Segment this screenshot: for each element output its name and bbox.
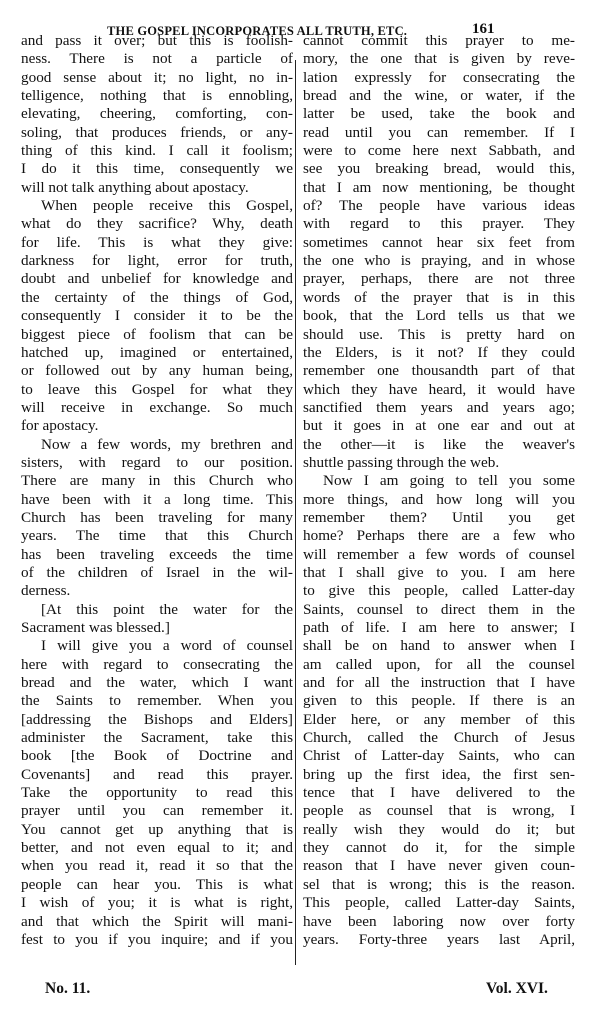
signature-mark-left: No. 11. bbox=[45, 980, 90, 998]
text-line: to give this people, called Latter-day bbox=[303, 582, 575, 600]
text-line: am called upon, for all the counsel bbox=[303, 656, 575, 674]
text-line: and that which the Spirit will mani- bbox=[21, 913, 293, 931]
text-line: Take the opportunity to read this bbox=[21, 784, 293, 802]
text-line: elevating, cheering, comforting, con- bbox=[21, 105, 293, 123]
text-line: really wish they would do it; but bbox=[303, 821, 575, 839]
text-line: I do it this time, consequently we bbox=[21, 160, 293, 178]
text-line: good sense about it; no light, no in- bbox=[21, 69, 293, 87]
text-line: reason that I have never given coun- bbox=[303, 857, 575, 875]
text-line: read until you can remember. If I bbox=[303, 124, 575, 142]
right-text-column: cannot commit this prayer to me-mory, th… bbox=[303, 32, 575, 949]
text-line: soling, that produces friends, or any- bbox=[21, 124, 293, 142]
text-line: or followed out by any human being, bbox=[21, 362, 293, 380]
text-line: have been laboring now over forty bbox=[303, 913, 575, 931]
text-line: sisters, with regard to our position. bbox=[21, 454, 293, 472]
text-line: prayer until you can remember it. bbox=[21, 802, 293, 820]
text-line: for life. This is what they give: bbox=[21, 234, 293, 252]
text-line: what do they sacrifice? Why, death bbox=[21, 215, 293, 233]
text-line: more things, and how long will you bbox=[303, 491, 575, 509]
text-line: Christ of Latter-day Saints, who can bbox=[303, 747, 575, 765]
text-line: fest to you if you inquire; and if you bbox=[21, 931, 293, 949]
text-line: sometimes cannot hear six feet from bbox=[303, 234, 575, 252]
text-line: that I shall give to you. I am here bbox=[303, 564, 575, 582]
text-line: better, and not even equal to it; and bbox=[21, 839, 293, 857]
text-line: [addressing the Bishops and Elders] bbox=[21, 711, 293, 729]
text-line: home? Perhaps there are a few who bbox=[303, 527, 575, 545]
text-line: Covenants] and read this prayer. bbox=[21, 766, 293, 784]
text-line: lation expressly for consecrating the bbox=[303, 69, 575, 87]
text-line: Saints, counsel to direct them in the bbox=[303, 601, 575, 619]
text-line: but it goes in at one ear and out at bbox=[303, 417, 575, 435]
text-line: will remember a few words of counsel bbox=[303, 546, 575, 564]
text-line: There are many in this Church who bbox=[21, 472, 293, 490]
text-line: and for all the instruction that I have bbox=[303, 674, 575, 692]
text-line: Church, called the Church of Jesus bbox=[303, 729, 575, 747]
text-line: sel that is wrong; this is the reason. bbox=[303, 876, 575, 894]
text-line: people can hear you. This is what bbox=[21, 876, 293, 894]
text-line: book, that the Lord tells us that we bbox=[303, 307, 575, 325]
text-line: should use. This is pretty hard on bbox=[303, 326, 575, 344]
text-line: mory, the one that is given by reve- bbox=[303, 50, 575, 68]
text-line: shuttle passing through the web. bbox=[303, 454, 575, 472]
text-line: words of the prayer that is in this bbox=[303, 289, 575, 307]
text-line: that I am now mentioning, be thought bbox=[303, 179, 575, 197]
text-line: administer the Sacrament, take this bbox=[21, 729, 293, 747]
text-line: will receive in exchange. So much bbox=[21, 399, 293, 417]
text-line: they cannot do it, for the simple bbox=[303, 839, 575, 857]
text-line: Now a few words, my brethren and bbox=[21, 436, 293, 454]
text-line: given to this people. If there is an bbox=[303, 692, 575, 710]
text-line: path of life. I am here to answer; I bbox=[303, 619, 575, 637]
text-line: people as counsel that is wrong, I bbox=[303, 802, 575, 820]
text-line: has been traveling exceeds the time bbox=[21, 546, 293, 564]
column-divider bbox=[295, 60, 296, 965]
text-line: of the children of Israel in the wil- bbox=[21, 564, 293, 582]
text-line: will not talk anything about apostacy. bbox=[21, 179, 293, 197]
text-line: years. The time that this Church bbox=[21, 527, 293, 545]
text-line: the certainty of the things of God, bbox=[21, 289, 293, 307]
text-line: have been with it a long time. This bbox=[21, 491, 293, 509]
text-line: remember one thousandth part of that bbox=[303, 362, 575, 380]
text-line: Now I am going to tell you some bbox=[303, 472, 575, 490]
text-line: bread and the wine, or water, if the bbox=[303, 87, 575, 105]
text-line: when you read it, read it so that the bbox=[21, 857, 293, 875]
text-line: the other—it is like the weaver's bbox=[303, 436, 575, 454]
text-line: sanctified them years and years ago; bbox=[303, 399, 575, 417]
text-line: here with regard to consecrating the bbox=[21, 656, 293, 674]
text-line: bread and the water, which I want bbox=[21, 674, 293, 692]
text-line: to leave this Gospel for what they bbox=[21, 381, 293, 399]
text-line: This people, called Latter-day Saints, bbox=[303, 894, 575, 912]
text-line: for apostacy. bbox=[21, 417, 293, 435]
text-line: Sacrament was blessed.] bbox=[21, 619, 293, 637]
text-line: which they have heard, it would have bbox=[303, 381, 575, 399]
text-line: years. Forty-three years last April, bbox=[303, 931, 575, 949]
text-line: telligence, nothing that is ennobling, bbox=[21, 87, 293, 105]
text-line: You cannot get up anything that is bbox=[21, 821, 293, 839]
text-line: thing of this kind. I call it foolism; bbox=[21, 142, 293, 160]
text-line: and pass it over; but this is foolish- bbox=[21, 32, 293, 50]
text-line: doubt and unbelief for knowledge and bbox=[21, 270, 293, 288]
text-line: of? The people have various ideas bbox=[303, 197, 575, 215]
text-line: see you breaking bread, would this, bbox=[303, 160, 575, 178]
text-line: Elder here, or any member of this bbox=[303, 711, 575, 729]
text-line: consequently I consider it to be the bbox=[21, 307, 293, 325]
text-line: remember them? Until you get bbox=[303, 509, 575, 527]
text-line: I will give you a word of counsel bbox=[21, 637, 293, 655]
text-line: shall be on hand to answer when I bbox=[303, 637, 575, 655]
text-line: latter be used, take the book and bbox=[303, 105, 575, 123]
text-line: ness. There is not a particle of bbox=[21, 50, 293, 68]
text-line: the one who is praying, and in whose bbox=[303, 252, 575, 270]
text-line: I wish of you; it is what is right, bbox=[21, 894, 293, 912]
signature-mark-right: Vol. XVI. bbox=[486, 980, 548, 998]
text-line: bring up the first idea, the first sen- bbox=[303, 766, 575, 784]
text-line: cannot commit this prayer to me- bbox=[303, 32, 575, 50]
text-line: were to come here next Sabbath, and bbox=[303, 142, 575, 160]
text-line: hatched up, imagined or entertained, bbox=[21, 344, 293, 362]
text-line: biggest piece of foolism that can be bbox=[21, 326, 293, 344]
text-line: darkness for light, error for truth, bbox=[21, 252, 293, 270]
text-line: the Saints to remember. When you bbox=[21, 692, 293, 710]
text-line: book [the Book of Doctrine and bbox=[21, 747, 293, 765]
text-line: [At this point the water for the bbox=[21, 601, 293, 619]
text-line: Church has been traveling for many bbox=[21, 509, 293, 527]
text-line: tence that I have delivered to the bbox=[303, 784, 575, 802]
left-text-column: and pass it over; but this is foolish-ne… bbox=[21, 32, 293, 949]
text-line: prayer, perhaps, there are not three bbox=[303, 270, 575, 288]
text-line: When people receive this Gospel, bbox=[21, 197, 293, 215]
text-line: with regard to this prayer. They bbox=[303, 215, 575, 233]
text-line: the Elders, is it not? If they could bbox=[303, 344, 575, 362]
text-line: derness. bbox=[21, 582, 293, 600]
